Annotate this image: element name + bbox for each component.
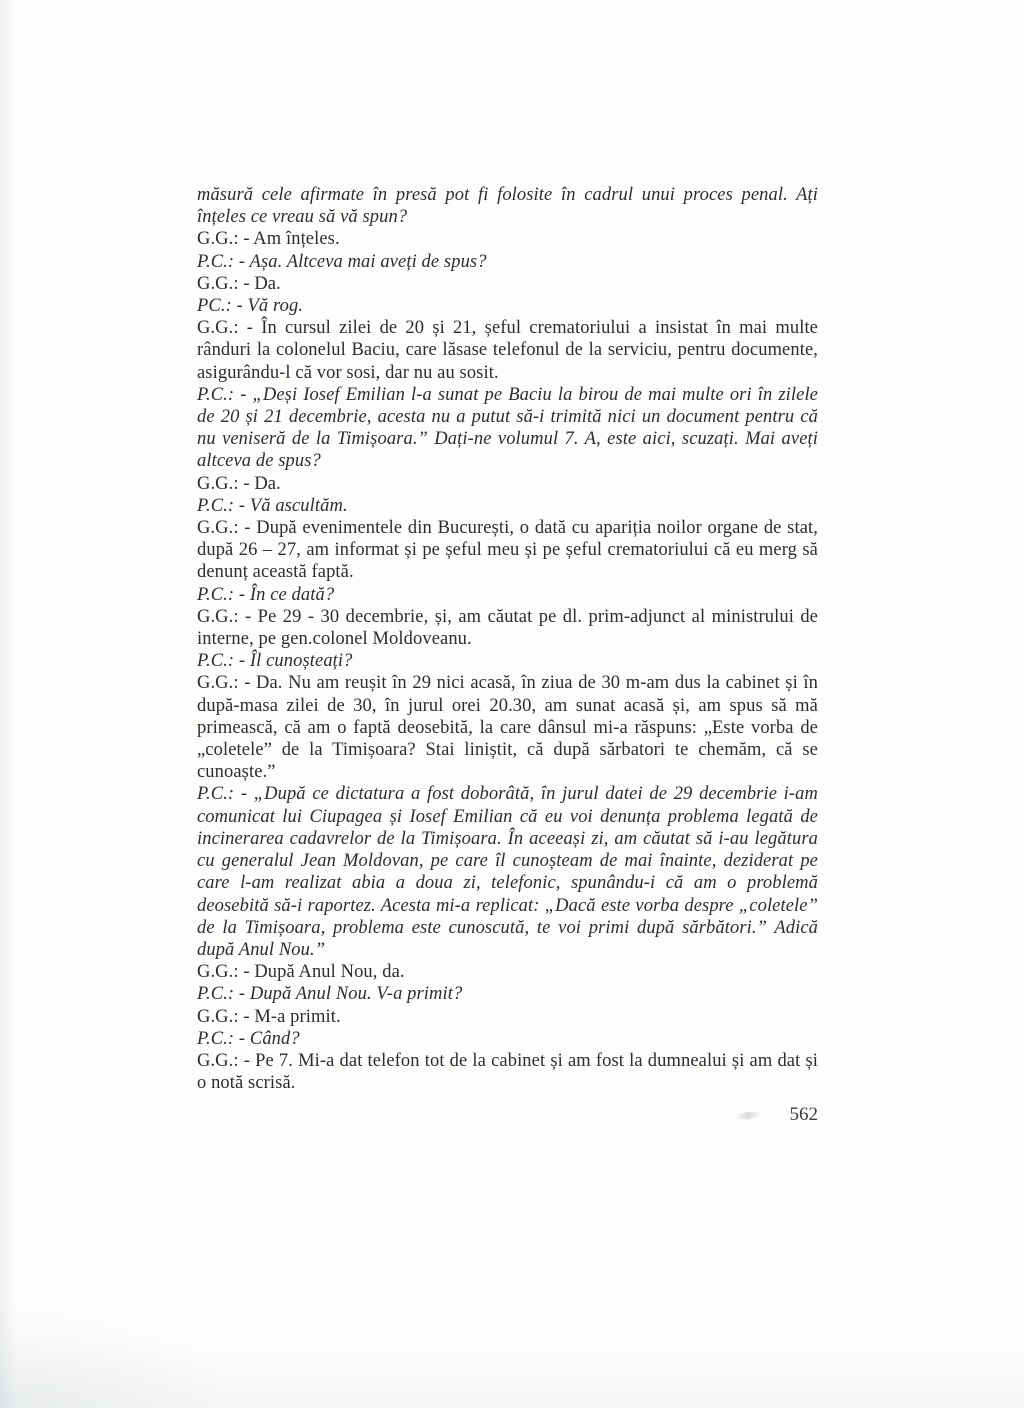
dialogue-turn: PC.: - Vă rog. xyxy=(197,295,818,317)
dialogue-turn: G.G.: - Da. xyxy=(197,273,818,295)
dialogue-turn: G.G.: - Pe 7. Mi-a dat telefon tot de la… xyxy=(197,1050,818,1094)
dialogue-turn: G.G.: - În cursul zilei de 20 și 21, șef… xyxy=(197,317,818,384)
dialogue-turn: P.C.: - În ce dată? xyxy=(197,584,818,606)
dialogue-turn: măsură cele afirmate în presă pot fi fol… xyxy=(197,184,818,228)
dialogue-text-block: măsură cele afirmate în presă pot fi fol… xyxy=(197,184,818,1094)
dialogue-turn: G.G.: - După Anul Nou, da. xyxy=(197,961,818,983)
dialogue-turn: G.G.: - Da. Nu am reușit în 29 nici acas… xyxy=(197,672,818,783)
dialogue-turn: P.C.: - „După ce dictatura a fost doborâ… xyxy=(197,783,818,961)
dialogue-turn: P.C.: - După Anul Nou. V-a primit? xyxy=(197,983,818,1005)
dialogue-turn: G.G.: - M-a primit. xyxy=(197,1006,818,1028)
dialogue-turn: P.C.: - Așa. Altceva mai aveți de spus? xyxy=(197,251,818,273)
scanned-document-page: măsură cele afirmate în presă pot fi fol… xyxy=(0,0,1024,1408)
dialogue-turn: P.C.: - Vă ascultăm. xyxy=(197,495,818,517)
page-number: 562 xyxy=(197,1104,818,1126)
dialogue-turn: P.C.: - Îl cunoșteați? xyxy=(197,650,818,672)
dialogue-turn: G.G.: - Am înțeles. xyxy=(197,228,818,250)
scan-artifact-corner xyxy=(0,1298,240,1408)
scan-artifact-left-edge xyxy=(0,0,16,1408)
dialogue-turn: P.C.: - Când? xyxy=(197,1028,818,1050)
dialogue-turn: P.C.: - „Deși Iosef Emilian l-a sunat pe… xyxy=(197,384,818,473)
dialogue-turn: G.G.: - După evenimentele din București,… xyxy=(197,517,818,584)
dialogue-turn: G.G.: - Pe 29 - 30 decembrie, și, am cău… xyxy=(197,606,818,650)
dialogue-turn: G.G.: - Da. xyxy=(197,473,818,495)
